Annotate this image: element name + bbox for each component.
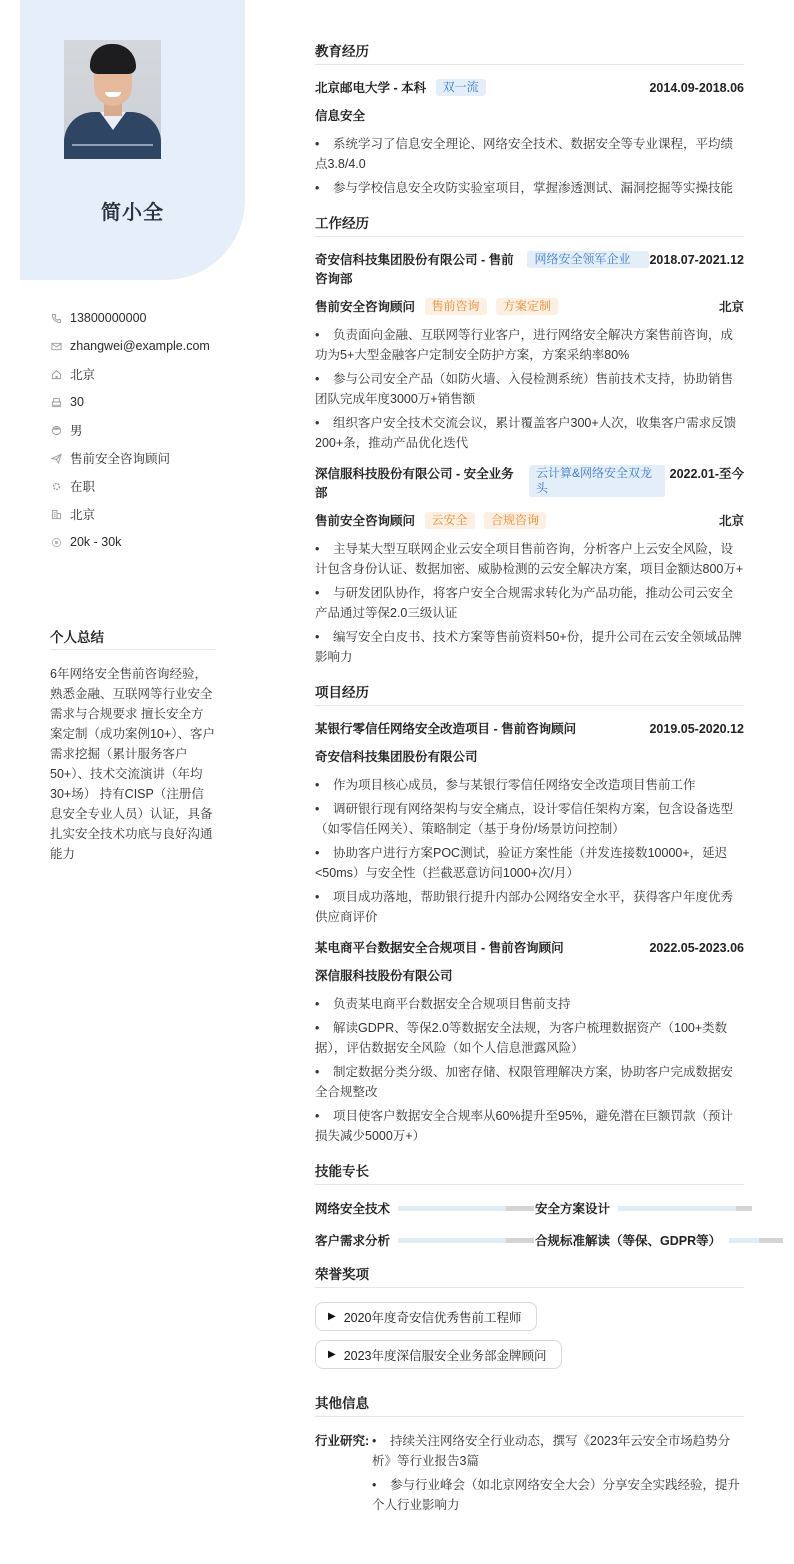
education-bullets: •系统学习了信息安全理论、网络安全技术、数据安全等专业课程，平均绩点3.8/4.… bbox=[315, 134, 744, 198]
skills-section: 技能专长 网络安全技术 安全方案设计 客户需求分析 合规标准解读（等保、GDPR… bbox=[315, 1160, 744, 1249]
profile-name: 简小全 bbox=[20, 196, 245, 225]
skill-item: 安全方案设计 bbox=[535, 1199, 755, 1217]
company-name: 奇安信科技集团股份有限公司 - 售前咨询部 bbox=[315, 251, 523, 289]
mail-icon bbox=[50, 340, 62, 352]
age-icon bbox=[50, 396, 62, 408]
list-item: •制定数据分类分级、加密存储、权限管理解决方案，协助客户完成数据安全合规整改 bbox=[315, 1062, 744, 1102]
list-item: •持续关注网络安全行业动态，撰写《2023年云安全市场趋势分析》等行业报告3篇 bbox=[372, 1431, 744, 1471]
contact-gender: 男 bbox=[50, 416, 240, 444]
list-item: •参与行业峰会（如北京网络安全大会）分享安全实践经验，提升个人行业影响力 bbox=[372, 1475, 744, 1515]
role-title: 售前安全咨询顾问 bbox=[315, 300, 415, 314]
skill-bar bbox=[729, 1238, 783, 1243]
list-item: •参与公司安全产品（如防火墙、入侵检测系统）售前技术支持，协助销售团队完成年度3… bbox=[315, 369, 744, 409]
play-triangle-icon: ▶ bbox=[328, 1349, 336, 1360]
list-item: •与研发团队协作，将客户安全合规需求转化为产品功能，推动公司云安全产品通过等保2… bbox=[315, 583, 744, 623]
contact-list: 13800000000 zhangwei@example.com 北京 30 男 bbox=[50, 304, 240, 556]
projects-title: 项目经历 bbox=[315, 681, 744, 706]
gender-icon bbox=[50, 424, 62, 436]
awards-section: 荣誉奖项 ▶ 2020年度奇安信优秀售前工程师 ▶ 2023年度深信服安全业务部… bbox=[315, 1263, 744, 1378]
work-bullets: •主导某大型互联网企业云安全项目售前咨询，分析客户上云安全风险，设计包含身份认证… bbox=[315, 539, 744, 667]
other-key: 行业研究: bbox=[315, 1431, 372, 1519]
company-tag: 网络安全领军企业 bbox=[527, 251, 649, 268]
role-tag: 方案定制 bbox=[496, 298, 558, 315]
list-item: •项目成功落地，帮助银行提升内部办公网络安全水平，获得客户年度优秀供应商评价 bbox=[315, 887, 744, 927]
project-entry: 某银行零信任网络安全改造项目 - 售前咨询顾问 2019.05-2020.12 … bbox=[315, 720, 744, 927]
summary-section: 个人总结 6年网络安全售前咨询经验，熟悉金融、互联网等行业安全需求与合规要求 擅… bbox=[50, 626, 215, 864]
list-item: •编写安全白皮书、技术方案等售前资料50+份，提升公司在云安全领域品牌影响力 bbox=[315, 627, 744, 667]
salary-icon bbox=[50, 536, 62, 548]
work-date: 2018.07-2021.12 bbox=[649, 251, 744, 270]
project-company: 深信服科技股份有限公司 bbox=[315, 967, 744, 986]
skill-bar bbox=[398, 1206, 534, 1211]
contact-home: 北京 bbox=[50, 360, 240, 388]
role-tag: 云安全 bbox=[425, 512, 475, 529]
contact-status: 在职 bbox=[50, 472, 240, 500]
education-entry: 北京邮电大学 - 本科 双一流 2014.09-2018.06 信息安全 •系统… bbox=[315, 79, 744, 198]
education-date: 2014.09-2018.06 bbox=[649, 79, 744, 98]
project-date: 2019.05-2020.12 bbox=[649, 720, 744, 739]
work-location: 北京 bbox=[719, 512, 744, 531]
project-name: 某银行零信任网络安全改造项目 - 售前咨询顾问 bbox=[315, 720, 576, 739]
skills-grid: 网络安全技术 安全方案设计 客户需求分析 合规标准解读（等保、GDPR等） bbox=[315, 1199, 744, 1249]
list-item: •解读GDPR、等保2.0等数据安全法规，为客户梳理数据资产（100+类数据），… bbox=[315, 1018, 744, 1058]
work-entry: 深信服科技股份有限公司 - 安全业务部 云计算&网络安全双龙头 2022.01-… bbox=[315, 465, 744, 667]
project-company: 奇安信科技集团股份有限公司 bbox=[315, 748, 744, 767]
work-location: 北京 bbox=[719, 298, 744, 317]
school-name: 北京邮电大学 - 本科 bbox=[315, 81, 426, 95]
other-item: 行业研究: •持续关注网络安全行业动态，撰写《2023年云安全市场趋势分析》等行… bbox=[315, 1431, 744, 1519]
work-section: 工作经历 奇安信科技集团股份有限公司 - 售前咨询部 网络安全领军企业 2018… bbox=[315, 212, 744, 667]
work-title: 工作经历 bbox=[315, 212, 744, 237]
awards-title: 荣誉奖项 bbox=[315, 1263, 744, 1288]
skills-title: 技能专长 bbox=[315, 1160, 744, 1185]
role-title: 售前安全咨询顾问 bbox=[315, 514, 415, 528]
phone-icon bbox=[50, 312, 62, 324]
work-entry: 奇安信科技集团股份有限公司 - 售前咨询部 网络安全领军企业 2018.07-2… bbox=[315, 251, 744, 453]
profile-photo bbox=[64, 40, 161, 159]
resume-page: 简小全 13800000000 zhangwei@example.com 北京 … bbox=[0, 0, 794, 1564]
list-item: •调研银行现有网络架构与安全痛点，设计零信任架构方案，包含设备选型（如零信任网关… bbox=[315, 799, 744, 839]
major: 信息安全 bbox=[315, 107, 744, 126]
list-item: •参与学校信息安全攻防实验室项目，掌握渗透测试、漏洞挖掘等实操技能 bbox=[315, 178, 744, 198]
building-icon bbox=[50, 508, 62, 520]
list-item: •系统学习了信息安全理论、网络安全技术、数据安全等专业课程，平均绩点3.8/4.… bbox=[315, 134, 744, 174]
other-bullets: •持续关注网络安全行业动态，撰写《2023年云安全市场趋势分析》等行业报告3篇 … bbox=[372, 1431, 744, 1519]
status-icon bbox=[50, 480, 62, 492]
school-tag: 双一流 bbox=[436, 79, 486, 96]
education-section: 教育经历 北京邮电大学 - 本科 双一流 2014.09-2018.06 信息安… bbox=[315, 40, 744, 198]
skill-bar bbox=[398, 1238, 534, 1243]
other-section: 其他信息 行业研究: •持续关注网络安全行业动态，撰写《2023年云安全市场趋势… bbox=[315, 1392, 744, 1519]
project-name: 某电商平台数据安全合规项目 - 售前咨询顾问 bbox=[315, 939, 564, 958]
list-item: •组织客户安全技术交流会议，累计覆盖客户300+人次，收集客户需求反馈200+条… bbox=[315, 413, 744, 453]
send-icon bbox=[50, 452, 62, 464]
skill-bar bbox=[618, 1206, 752, 1211]
play-triangle-icon: ▶ bbox=[328, 1311, 336, 1322]
project-bullets: •作为项目核心成员，参与某银行零信任网络安全改造项目售前工作 •调研银行现有网络… bbox=[315, 775, 744, 927]
project-entry: 某电商平台数据安全合规项目 - 售前咨询顾问 2022.05-2023.06 深… bbox=[315, 939, 744, 1146]
company-name: 深信服科技股份有限公司 - 安全业务部 bbox=[315, 465, 525, 503]
summary-title: 个人总结 bbox=[50, 626, 215, 650]
skill-item: 客户需求分析 bbox=[315, 1231, 535, 1249]
role-tag: 合规咨询 bbox=[484, 512, 546, 529]
award-item[interactable]: ▶ 2020年度奇安信优秀售前工程师 bbox=[315, 1302, 537, 1331]
list-item: •项目使客户数据安全合规率从60%提升至95%，避免潜在巨额罚款（预计损失减少5… bbox=[315, 1106, 744, 1146]
role-tag: 售前咨询 bbox=[425, 298, 487, 315]
list-item: •负责某电商平台数据安全合规项目售前支持 bbox=[315, 994, 744, 1014]
list-item: •作为项目核心成员，参与某银行零信任网络安全改造项目售前工作 bbox=[315, 775, 744, 795]
award-item[interactable]: ▶ 2023年度深信服安全业务部金牌顾问 bbox=[315, 1340, 562, 1369]
list-item: •协助客户进行方案POC测试，验证方案性能（并发连接数10000+，延迟<50m… bbox=[315, 843, 744, 883]
project-bullets: •负责某电商平台数据安全合规项目售前支持 •解读GDPR、等保2.0等数据安全法… bbox=[315, 994, 744, 1146]
company-tag: 云计算&网络安全双龙头 bbox=[529, 465, 665, 497]
contact-age: 30 bbox=[50, 388, 240, 416]
project-date: 2022.05-2023.06 bbox=[649, 939, 744, 958]
skill-item: 网络安全技术 bbox=[315, 1199, 535, 1217]
other-title: 其他信息 bbox=[315, 1392, 744, 1417]
home-icon bbox=[50, 368, 62, 380]
list-item: •主导某大型互联网企业云安全项目售前咨询，分析客户上云安全风险，设计包含身份认证… bbox=[315, 539, 744, 579]
contact-email: zhangwei@example.com bbox=[50, 332, 240, 360]
work-bullets: •负责面向金融、互联网等行业客户，进行网络安全解决方案售前咨询，成功为5+大型金… bbox=[315, 325, 744, 453]
education-title: 教育经历 bbox=[315, 40, 744, 65]
work-date: 2022.01-至今 bbox=[670, 465, 744, 484]
skill-item: 合规标准解读（等保、GDPR等） bbox=[535, 1231, 755, 1249]
contact-city: 北京 bbox=[50, 500, 240, 528]
main-column: 教育经历 北京邮电大学 - 本科 双一流 2014.09-2018.06 信息安… bbox=[315, 40, 744, 1533]
contact-salary: 20k - 30k bbox=[50, 528, 240, 556]
contact-phone: 13800000000 bbox=[50, 304, 240, 332]
projects-section: 项目经历 某银行零信任网络安全改造项目 - 售前咨询顾问 2019.05-202… bbox=[315, 681, 744, 1146]
summary-text: 6年网络安全售前咨询经验，熟悉金融、互联网等行业安全需求与合规要求 擅长安全方案… bbox=[50, 664, 215, 864]
list-item: •负责面向金融、互联网等行业客户，进行网络安全解决方案售前咨询，成功为5+大型金… bbox=[315, 325, 744, 365]
contact-position: 售前安全咨询顾问 bbox=[50, 444, 240, 472]
